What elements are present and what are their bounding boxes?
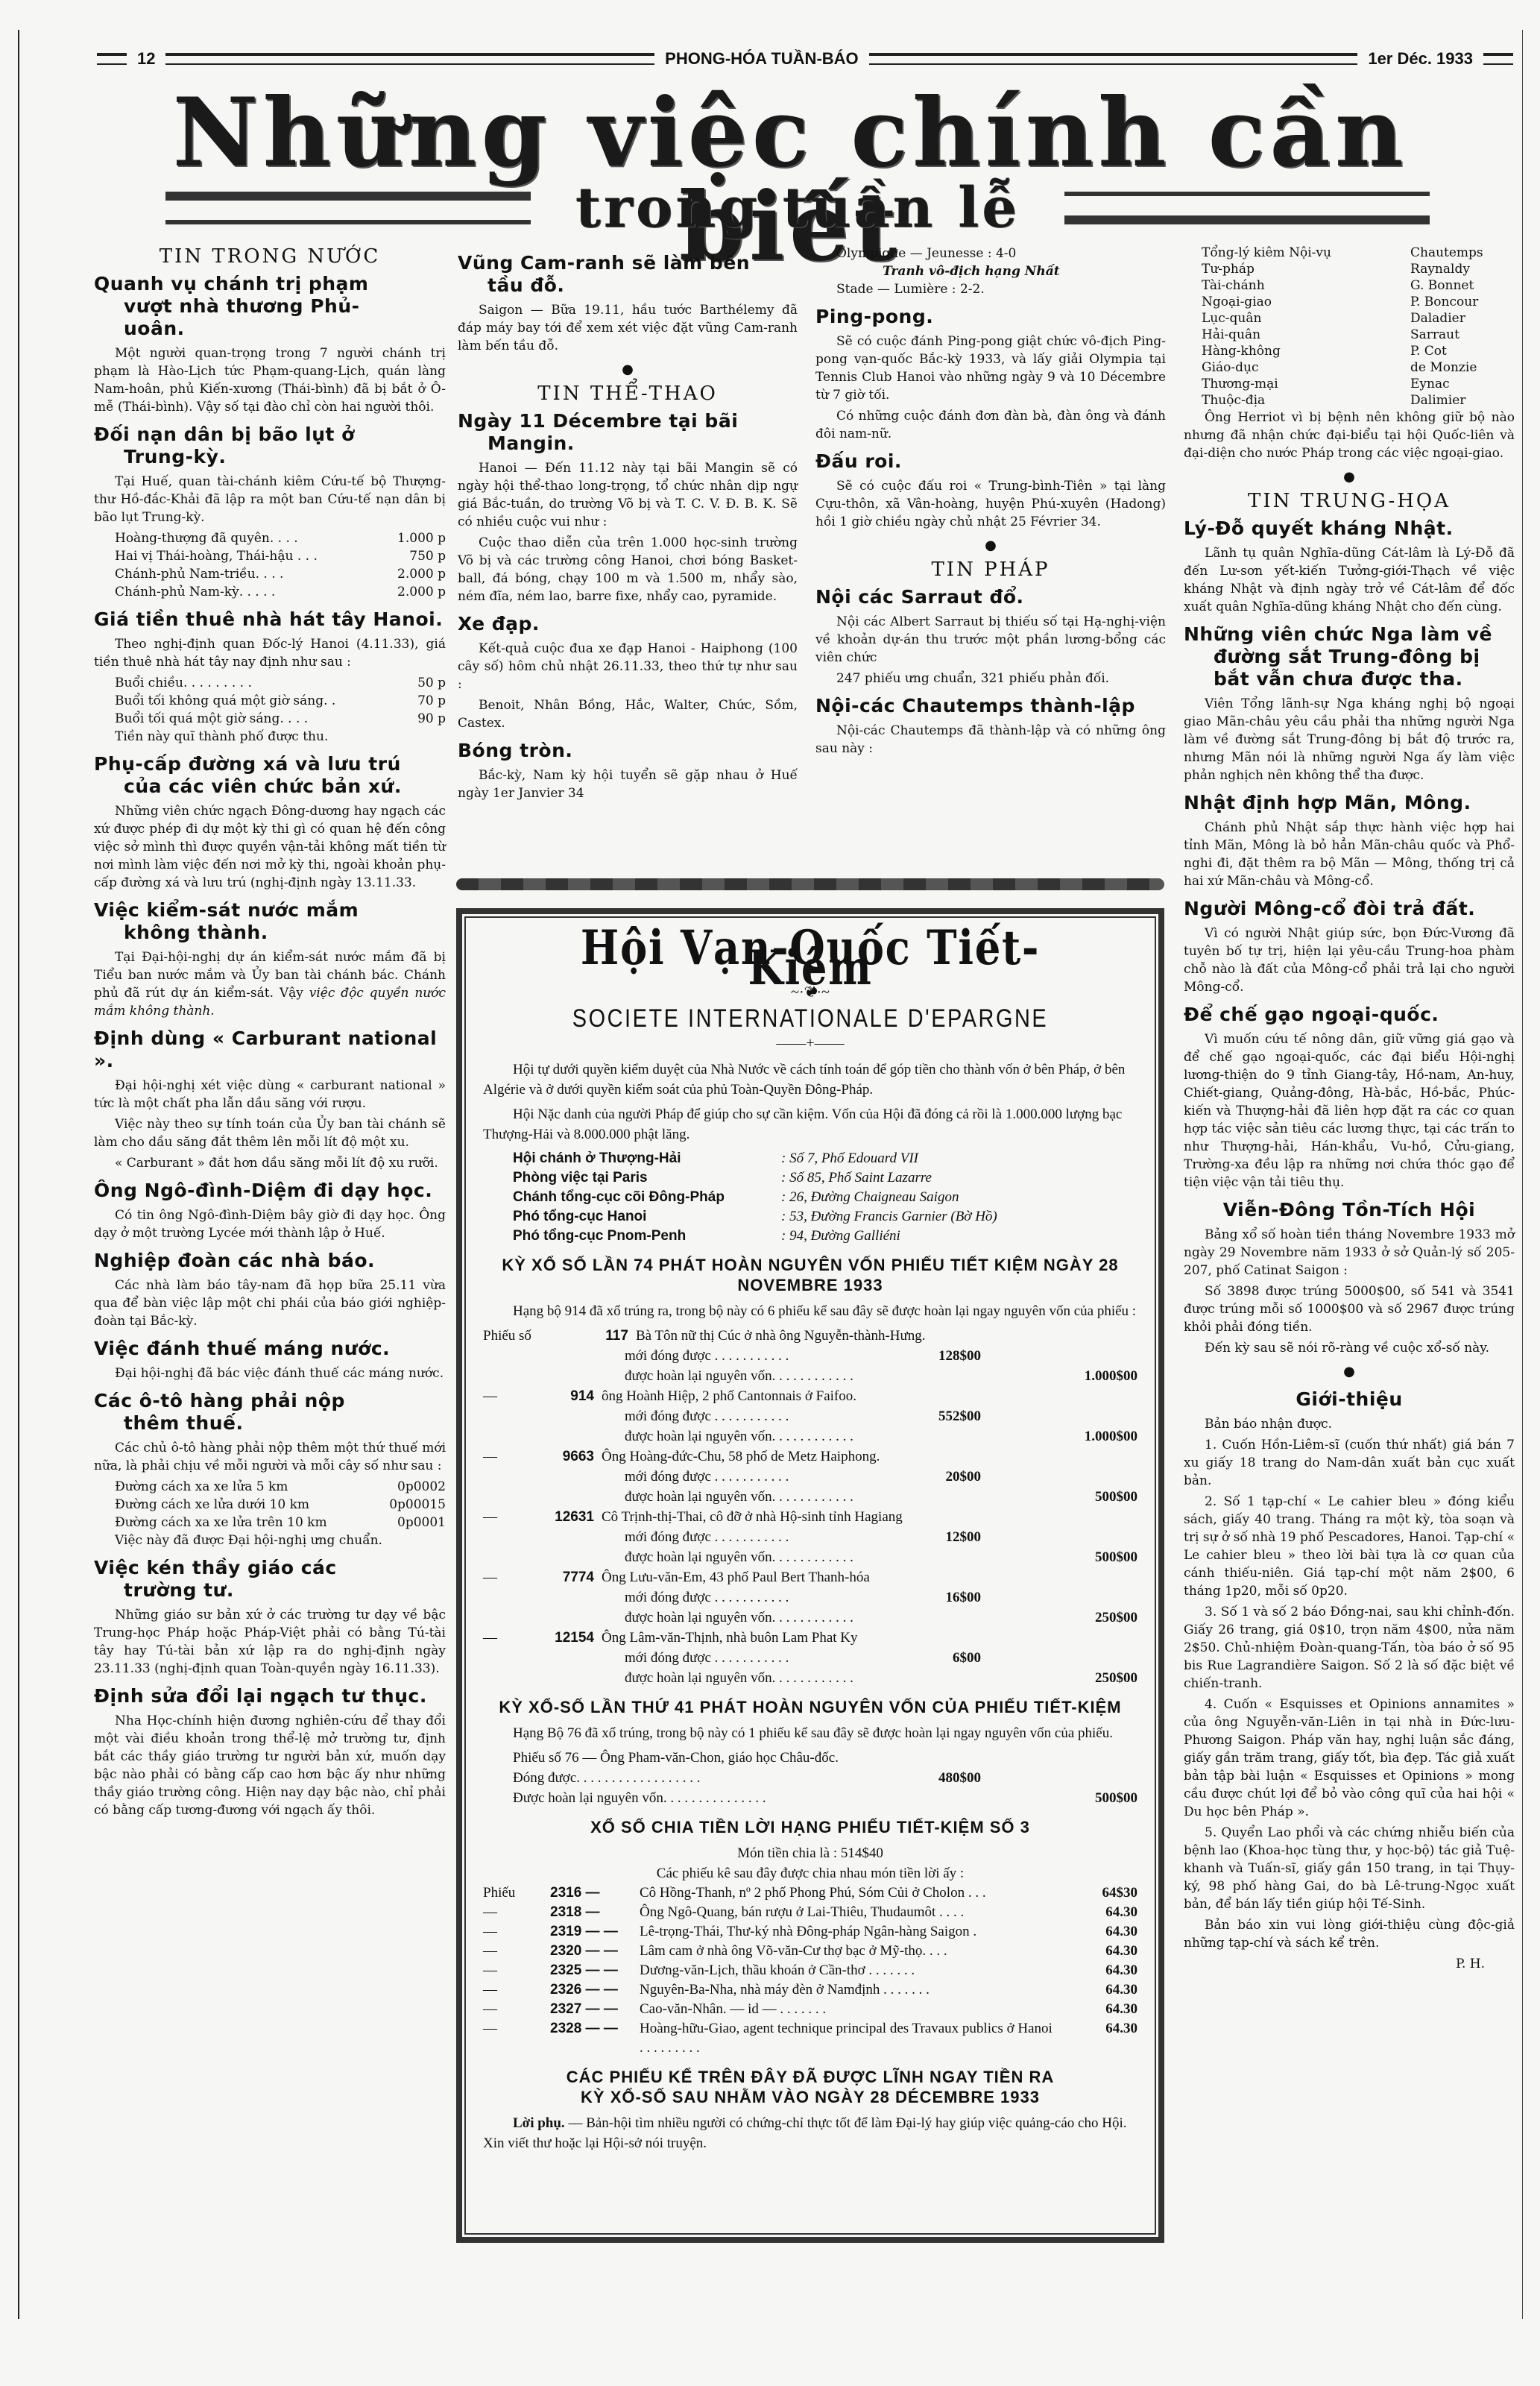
paid-label: mới đóng được . . . . . . . . . . .	[625, 1346, 869, 1366]
article-body: 2. Số 1 tạp-chí « Le cahier bleu » đóng …	[1184, 1493, 1515, 1600]
article-body: Ông Herriot vì bị bệnh nên không giữ bộ …	[1184, 409, 1515, 462]
row-label: Đường cách xa xe lửa 5 km	[115, 1478, 397, 1496]
cabinet-minister: G. Bonnet	[1410, 277, 1515, 294]
headline-line: Việc kén thầy giáo các	[94, 1557, 337, 1578]
row-label: Buổi tối quá một giờ sáng. . . .	[115, 710, 417, 728]
paid-row: Đóng được. . . . . . . . . . . . . . . .…	[483, 1768, 1137, 1788]
article-body: Hanoi — Đến 11.12 này tại bãi Mangin sẽ …	[458, 459, 798, 531]
address-label: Phó tổng-cục Hanoi	[513, 1207, 781, 1227]
donation-row: Hai vị Thái-hoàng, Thái-hậu . . .750 p	[94, 547, 446, 565]
note-label: Lời phụ.	[513, 2115, 565, 2131]
share-number: 2326 — —	[550, 1980, 640, 2000]
draw-heading: KỲ XỔ-SỐ LẦN THỨ 41 PHÁT HOÀN NGUYÊN VỐN…	[483, 1697, 1137, 1717]
share-amount: 64.30	[1055, 1980, 1137, 2000]
article-body: Viên Tổng lãnh-sự Nga kháng nghị bộ ngoạ…	[1184, 695, 1515, 784]
tax-row: Đường cách xa xe lửa 5 km0p0002	[94, 1478, 446, 1496]
article-headline: Xe đạp.	[458, 613, 798, 635]
cabinet-minister: Eynac	[1410, 376, 1515, 392]
share-holder: Lê-trọng-Thái, Thư-ký nhà Đông-pháp Ngân…	[640, 1922, 1055, 1942]
cabinet-post: Tổng-lý kiêm Nội-vụ	[1202, 245, 1410, 261]
refund-amount: 500$00	[1026, 1788, 1137, 1808]
paid-amount: 20$00	[869, 1467, 981, 1487]
refund-amount: 1.000$00	[1026, 1426, 1137, 1447]
row-value: 2.000 p	[397, 565, 446, 583]
refund-label: được hoàn lại nguyên vốn. . . . . . . . …	[625, 1487, 1026, 1507]
article-headline: Đấu roi.	[815, 450, 1166, 473]
refund-label: Được hoàn lại nguyên vốn. . . . . . . . …	[513, 1788, 1026, 1808]
profit-intro: Các phiếu kê sau đây được chia nhau món …	[483, 1863, 1137, 1883]
article-body: Bảng xổ số hoàn tiền tháng Novembre 1933…	[1184, 1226, 1515, 1279]
article-headline: Viễn-Đông Tồn-Tích Hội	[1184, 1199, 1515, 1221]
share-number: 2327 — —	[550, 2000, 640, 2019]
address-value: : 94, Đường Galliéni	[781, 1227, 1137, 1246]
article-body: Nha Học-chính hiện đương nghiên-cứu để t…	[94, 1712, 446, 1819]
article-body: Tại Đại-hội-nghị dự án kiểm-sát nước mắm…	[94, 948, 446, 1020]
address-list: Hội chánh ở Thượng-Hải: Số 7, Phố Edouar…	[483, 1149, 1137, 1246]
row-label: Hoàng-thượng đã quyên. . . .	[115, 529, 397, 547]
price-row: Buổi tối quá một giờ sáng. . . .90 p	[94, 710, 446, 728]
cabinet-minister: Dalimier	[1410, 392, 1515, 409]
article-body: Các chủ ô-tô hàng phải nộp thêm một thứ …	[94, 1439, 446, 1475]
cabinet-minister: Chautemps	[1410, 245, 1515, 261]
column-2: Vũng Cam-ranh sẽ làm bếntầu đỗ. Saigon —…	[458, 245, 798, 805]
headline-line: Đối nạn dân bị bão lụt ở	[94, 424, 355, 445]
article-headline: Nhật định hợp Mãn, Mông.	[1184, 792, 1515, 814]
masthead-rule	[1483, 53, 1513, 65]
ticket-prefix: —	[483, 1447, 497, 1467]
divider-ornament-icon: ——+——	[483, 1033, 1137, 1054]
share-prefix: —	[483, 1961, 550, 1980]
share-amount: 64.30	[1055, 1942, 1137, 1961]
headline-line: trường tư.	[94, 1579, 446, 1602]
column-4: Tổng-lý kiêm Nội-vụChautemps Tư-phápRayn…	[1184, 245, 1515, 1973]
article-body: « Carburant » đắt hơn dầu săng mỗi lít đ…	[94, 1154, 446, 1172]
publication-name: PHONG-HÓA TUẦN-BÁO	[665, 49, 859, 69]
article-body: Kết-quả cuộc đua xe đạp Hanoi - Haiphong…	[458, 640, 798, 693]
refund-label: được hoàn lại nguyên vốn. . . . . . . . …	[625, 1547, 1026, 1567]
section-heading: TIN PHÁP	[815, 561, 1166, 579]
article-body: Theo nghị-định quan Đốc-lý Hanoi (4.11.3…	[94, 635, 446, 671]
bullet-ornament-icon: ●	[815, 537, 1166, 555]
section-heading: TIN THỂ-THAO	[458, 385, 798, 403]
article-body: Benoit, Nhân Bồng, Hắc, Walter, Chức, Sồ…	[458, 696, 798, 732]
refund-amount: 500$00	[1026, 1547, 1137, 1567]
ad-footer-line: KỲ XỔ-SỐ SAU NHẰM VÀO NGÀY 28 DÉCEMBRE 1…	[483, 2087, 1137, 2107]
masthead-rule	[165, 53, 654, 65]
ticket-holder: Ông Hoàng-đức-Chu, 58 phố de Metz Haipho…	[602, 1447, 880, 1467]
article-body: 4. Cuốn « Esquisses et Opinions annamite…	[1184, 1696, 1515, 1821]
row-value: 750 p	[409, 547, 446, 565]
article-body: Bản báo xin vui lòng giới-thiệu cùng độc…	[1184, 1916, 1515, 1952]
row-label: Chánh-phủ Nam-triều. . . .	[115, 565, 397, 583]
article-body: 1. Cuốn Hồn-Liêm-sĩ (cuốn thứ nhất) giá …	[1184, 1436, 1515, 1490]
article-headline: Nội-các Chautemps thành-lập	[815, 695, 1166, 717]
masthead: 12 PHONG-HÓA TUẦN-BÁO 1er Déc. 1933	[97, 48, 1513, 70]
score-line: Olympique — Jeunesse : 4-0	[815, 245, 1166, 262]
address-label: Chánh tổng-cục cõi Đông-Pháp	[513, 1188, 781, 1207]
section-heading: TIN TRUNG-HỌA	[1184, 492, 1515, 510]
ad-footer-line: CÁC PHIẾU KỂ TRÊN ĐÂY ĐÃ ĐƯỢC LĨNH NGAY …	[483, 2067, 1137, 2087]
donation-row: Chánh-phủ Nam-triều. . . .2.000 p	[94, 565, 446, 583]
share-number: 2319 — —	[550, 1922, 640, 1942]
article-body: Bắc-kỳ, Nam kỳ hội tuyển sẽ gặp nhau ở H…	[458, 767, 798, 802]
share-holder: Cô Hồng-Thanh, nº 2 phố Phong Phú, Sóm C…	[640, 1883, 1055, 1903]
ad-note: Lời phụ. — Bản-hội tìm nhiều người có ch…	[483, 2113, 1137, 2153]
headline-line: Mangin.	[458, 432, 798, 455]
article-headline: Ping-pong.	[815, 306, 1166, 328]
address-value: : 53, Đường Francis Garnier (Bờ Hồ)	[781, 1207, 1137, 1227]
headline-line: Vũng Cam-ranh sẽ làm bến	[458, 252, 750, 274]
article-body: Saigon — Bữa 19.11, hầu tước Barthélemy …	[458, 301, 798, 355]
share-prefix: Phiếu	[483, 1883, 550, 1903]
column-3: Olympique — Jeunesse : 4-0 Tranh vô-địch…	[815, 245, 1166, 761]
page-number: 12	[137, 49, 155, 69]
address-value: : Số 7, Phố Edouard VII	[781, 1149, 1137, 1168]
ticket-holder: Bà Tôn nữ thị Cúc ở nhà ông Nguyễn-thành…	[636, 1326, 926, 1346]
cabinet-post: Thuộc-địa	[1202, 392, 1410, 409]
share-holder: Dương-văn-Lịch, thầu khoán ở Cần-thơ . .…	[640, 1961, 1055, 1980]
headline-line: uoân.	[94, 318, 446, 340]
paid-amount: 552$00	[869, 1406, 981, 1426]
address-label: Phòng việc tại Paris	[513, 1168, 781, 1188]
row-value: 2.000 p	[397, 583, 446, 601]
ticket-holder: Cô Trịnh-thị-Thai, cô đỡ ở nhà Hộ-sinh t…	[602, 1507, 903, 1527]
refund-label: được hoàn lại nguyên vốn. . . . . . . . …	[625, 1608, 1026, 1628]
article-body: Chánh phủ Nhật sắp thực hành việc hợp ha…	[1184, 819, 1515, 890]
article-headline: Nghiệp đoàn các nhà báo.	[94, 1250, 446, 1272]
share-prefix: —	[483, 1980, 550, 2000]
decorative-bar	[165, 192, 531, 224]
wavy-rule	[456, 878, 1164, 890]
ad-subtitle: SOCIETE INTERNATIONALE D'EPARGNE	[532, 1009, 1088, 1029]
ticket-holder: ông Hoành Hiệp, 2 phố Cantonnais ở Faifo…	[602, 1386, 856, 1406]
address-label: Hội chánh ở Thượng-Hải	[513, 1149, 781, 1168]
cabinet-minister: de Monzie	[1410, 359, 1515, 376]
article-body: Nội-các Chautemps đã thành-lập và có nhữ…	[815, 722, 1166, 758]
article-body: Lãnh tụ quân Nghĩa-dũng Cát-lâm là Lý-Đỗ…	[1184, 544, 1515, 616]
refund-row: Được hoàn lại nguyên vốn. . . . . . . . …	[483, 1788, 1137, 1808]
price-row: Buổi tối không quá một giờ sáng. .70 p	[94, 692, 446, 710]
signature: P. H.	[1184, 1955, 1515, 1973]
cabinet-minister: Raynaldy	[1410, 261, 1515, 277]
paid-label: mới đóng được . . . . . . . . . . .	[625, 1648, 869, 1668]
row-value: 0p0002	[397, 1478, 446, 1496]
paid-label: mới đóng được . . . . . . . . . . .	[625, 1527, 869, 1547]
share-amount: 64.30	[1055, 1961, 1137, 1980]
cabinet-minister: P. Boncour	[1410, 294, 1515, 310]
headline-line: Việc kiểm-sát nước mắm	[94, 899, 359, 921]
ad-body: Hội Nặc danh của người Pháp để giúp cho …	[483, 1104, 1137, 1145]
row-value: 70 p	[417, 692, 446, 710]
article-headline: Người Mông-cổ đòi trả đất.	[1184, 898, 1515, 920]
bullet-ornament-icon: ●	[1184, 468, 1515, 486]
refund-amount: 250$00	[1026, 1668, 1137, 1688]
article-headline: Ngày 11 Décembre tại bãiMangin.	[458, 410, 798, 455]
share-holder: Nguyên-Ba-Nha, nhà máy đèn ở Namđịnh . .…	[640, 1980, 1055, 2000]
row-label: Đường cách xa xe lửa trên 10 km	[115, 1514, 397, 1532]
ad-body: Hội tự dưới quyền kiểm duyệt của Nhà Nướ…	[483, 1060, 1137, 1100]
ticket-entry: —9663Ông Hoàng-đức-Chu, 58 phố de Metz H…	[483, 1447, 1137, 1507]
article-headline: Định sửa đổi lại ngạch tư thục.	[94, 1685, 446, 1707]
cabinet-post: Thương-mại	[1202, 376, 1410, 392]
ticket-prefix: Phiếu số	[483, 1326, 531, 1346]
article-body: Vì có người Nhật giúp sức, bọn Đức-Vương…	[1184, 925, 1515, 996]
ticket-list: Phiếu số117Bà Tôn nữ thị Cúc ở nhà ông N…	[483, 1326, 1137, 1688]
share-amount: 64.30	[1055, 2019, 1137, 2058]
cabinet-post: Tư-pháp	[1202, 261, 1410, 277]
article-headline: Quanh vụ chánh trị phạmvượt nhà thương P…	[94, 273, 446, 340]
article-headline: Những viên chức Nga làm vềđường sắt Trun…	[1184, 623, 1515, 690]
paid-label: mới đóng được . . . . . . . . . . .	[625, 1406, 869, 1426]
article-headline: Định dùng « Carburant national ».	[94, 1027, 446, 1072]
ticket-holder: Ông Lâm-văn-Thịnh, nhà buôn Lam Phat Ky	[602, 1628, 858, 1648]
refund-amount: 1.000$00	[1026, 1366, 1137, 1386]
ad-body: Hạng bộ 914 đã xổ trúng ra, trong bộ này…	[483, 1301, 1137, 1321]
ticket-entry: —12631Cô Trịnh-thị-Thai, cô đỡ ở nhà Hộ-…	[483, 1507, 1137, 1567]
article-headline: Việc kiểm-sát nước mắmkhông thành.	[94, 899, 446, 944]
cabinet-list: Tổng-lý kiêm Nội-vụChautemps Tư-phápRayn…	[1184, 245, 1515, 409]
paid-amount: 12$00	[869, 1527, 981, 1547]
cabinet-post: Tài-chánh	[1202, 277, 1410, 294]
cabinet-post: Giáo-dục	[1202, 359, 1410, 376]
bullet-ornament-icon: ●	[458, 361, 798, 379]
article-headline: Đối nạn dân bị bão lụt ởTrung-kỳ.	[94, 424, 446, 468]
article-headline: Nội các Sarraut đổ.	[815, 586, 1166, 608]
article-headline: Lý-Đỗ quyết kháng Nhật.	[1184, 517, 1515, 540]
share-prefix: —	[483, 2000, 550, 2019]
ticket-entry: —914ông Hoành Hiệp, 2 phố Cantonnais ở F…	[483, 1386, 1137, 1447]
cabinet-post: Ngoại-giao	[1202, 294, 1410, 310]
paid-amount: 128$00	[869, 1346, 981, 1366]
headline-line: của các viên chức bản xứ.	[94, 775, 446, 798]
article-body: Những viên chức ngạch Đông-dương hay ngạ…	[94, 802, 446, 892]
tax-row: Đường cách xa xe lửa trên 10 km0p0001	[94, 1514, 446, 1532]
score-line: Stade — Lumière : 2-2.	[815, 280, 1166, 298]
ticket-prefix: —	[483, 1386, 497, 1406]
share-amount: 64$30	[1055, 1883, 1137, 1903]
ticket-entry: Phiếu số117Bà Tôn nữ thị Cúc ở nhà ông N…	[483, 1326, 1137, 1386]
article-body: Vì muốn cứu tế nông dân, giữ vững giá gạ…	[1184, 1030, 1515, 1192]
ad-body: Hạng Bộ 76 đã xổ trúng, trong bộ này có …	[483, 1723, 1137, 1743]
issue-date: 1er Déc. 1933	[1368, 49, 1473, 69]
ticket-prefix: —	[483, 1507, 497, 1527]
column-1: TIN TRONG NƯỚC Quanh vụ chánh trị phạmvư…	[94, 245, 446, 1822]
draw-heading: XỔ SỐ CHIA TIỀN LỜI HẠNG PHIẾU TIẾT-KIỆM…	[483, 1817, 1137, 1837]
article-body: Một người quan-trọng trong 7 người chánh…	[94, 344, 446, 416]
share-prefix: —	[483, 2019, 550, 2058]
article-body: Đại hội-nghị đã bác việc đánh thuế các m…	[94, 1364, 446, 1382]
ticket-number: 12154	[505, 1628, 594, 1648]
row-label: Hai vị Thái-hoàng, Thái-hậu . . .	[115, 547, 409, 565]
article-body: Có tin ông Ngô-đình-Diệm bây giờ đi dạy …	[94, 1206, 446, 1242]
note-text: — Bản-hội tìm nhiều người có chứng-chỉ t…	[483, 2115, 1126, 2151]
article-body: 247 phiếu ưng chuẩn, 321 phiếu phản đối.	[815, 670, 1166, 687]
decorative-bar	[1064, 192, 1430, 224]
donation-row: Chánh-phủ Nam-kỳ. . . . .2.000 p	[94, 583, 446, 601]
profit-amount: Món tiền chia là : 514$40	[483, 1843, 1137, 1863]
ticket-holder: Ông Lưu-văn-Em, 43 phố Paul Bert Thanh-h…	[602, 1567, 870, 1587]
article-body: Có những cuộc đánh đơn đàn bà, đàn ông v…	[815, 407, 1166, 443]
ticket-number: 117	[539, 1326, 628, 1346]
headline-line: Ngày 11 Décembre tại bãi	[458, 410, 738, 432]
headline-line: Các ô-tô hàng phải nộp	[94, 1390, 345, 1411]
article-headline: Phụ-cấp đường xá và lưu trúcủa các viên …	[94, 753, 446, 798]
cabinet-minister: P. Cot	[1410, 343, 1515, 359]
paid-label: Đóng được. . . . . . . . . . . . . . . .…	[513, 1768, 869, 1788]
headline-line: thêm thuế.	[94, 1412, 446, 1435]
article-body: 3. Số 1 và số 2 báo Đồng-nai, sau khi ch…	[1184, 1603, 1515, 1693]
article-body: Việc này theo sự tính toán của Ủy ban tà…	[94, 1115, 446, 1151]
row-value: 1.000 p	[397, 529, 446, 547]
headline-line: tầu đỗ.	[458, 274, 798, 297]
paid-label: mới đóng được . . . . . . . . . . .	[625, 1587, 869, 1608]
row-label: Chánh-phủ Nam-kỳ. . . . .	[115, 583, 397, 601]
ticket-entry: —7774Ông Lưu-văn-Em, 43 phố Paul Bert Th…	[483, 1567, 1137, 1628]
tax-row: Đường cách xe lửa dưới 10 km0p00015	[94, 1496, 446, 1514]
headline-line: Phụ-cấp đường xá và lưu trú	[94, 753, 401, 775]
ticket-holder: Phiếu số 76 — Ông Pham-văn-Chon, giáo họ…	[483, 1748, 1137, 1768]
share-holder: Lâm cam ở nhà ông Võ-văn-Cư thợ bạc ở Mỹ…	[640, 1942, 1055, 1961]
article-headline: Giá tiền thuê nhà hát tây Hanoi.	[94, 608, 446, 631]
paid-amount: 480$00	[869, 1768, 981, 1788]
article-body: Tại Huế, quan tài-chánh kiêm Cứu-tế bộ T…	[94, 473, 446, 526]
address-label: Phó tổng-cục Pnom-Penh	[513, 1227, 781, 1246]
article-headline: Việc kén thầy giáo cáctrường tư.	[94, 1557, 446, 1602]
article-headline: Các ô-tô hàng phải nộpthêm thuế.	[94, 1390, 446, 1435]
share-prefix: —	[483, 1942, 550, 1961]
share-number: 2316 —	[550, 1883, 640, 1903]
article-headline: Bóng tròn.	[458, 740, 798, 762]
headline-line: Những viên chức Nga làm về	[1184, 623, 1492, 645]
price-row: Buổi chiều. . . . . . . . .50 p	[94, 674, 446, 692]
refund-amount: 500$00	[1026, 1487, 1137, 1507]
draw-heading: KỲ XỔ SỐ LẦN 74 PHÁT HOÀN NGUYÊN VỐN PHI…	[483, 1255, 1137, 1295]
article-headline: Việc đánh thuế máng nước.	[94, 1338, 446, 1360]
article-body: Những giáo sư bản xứ ở các trường tư dạy…	[94, 1606, 446, 1678]
donation-row: Hoàng-thượng đã quyên. . . .1.000 p	[94, 529, 446, 547]
subtitle-row: trong tuần lễ	[142, 182, 1454, 234]
share-prefix: —	[483, 1922, 550, 1942]
article-body: Đến kỳ sau sẽ nói rõ-ràng về cuộc xổ-số …	[1184, 1339, 1515, 1357]
article-body: Tiền này quĩ thành phố được thu.	[94, 728, 446, 746]
row-label: Đường cách xe lửa dưới 10 km	[115, 1496, 389, 1514]
bullet-ornament-icon: ●	[1184, 1363, 1515, 1381]
score-heading: Tranh vô-địch hạng Nhất	[815, 262, 1166, 280]
profit-share-list: Phiếu2316 —Cô Hồng-Thanh, nº 2 phố Phong…	[483, 1883, 1137, 2058]
share-holder: Ông Ngô-Quang, bán rượu ở Lai-Thiêu, Thu…	[640, 1903, 1055, 1922]
article-body: Việc này đã được Đại hội-nghị ưng chuẩn.	[94, 1532, 446, 1549]
article-headline: Giới-thiệu	[1184, 1388, 1515, 1411]
refund-label: được hoàn lại nguyên vốn. . . . . . . . …	[625, 1366, 1026, 1386]
row-value: 0p0001	[397, 1514, 446, 1532]
section-heading: TIN TRONG NƯỚC	[94, 248, 446, 265]
article-body: Bản báo nhận được.	[1184, 1415, 1515, 1433]
article-headline: Vũng Cam-ranh sẽ làm bếntầu đỗ.	[458, 252, 798, 297]
ticket-prefix: —	[483, 1567, 497, 1587]
share-number: 2325 — —	[550, 1961, 640, 1980]
cabinet-post: Hàng-không	[1202, 343, 1410, 359]
row-value: 50 p	[417, 674, 446, 692]
article-body: Đại hội-nghị xét việc dùng « carburant n…	[94, 1077, 446, 1112]
ticket-entry: —12154Ông Lâm-văn-Thịnh, nhà buôn Lam Ph…	[483, 1628, 1137, 1688]
share-prefix: —	[483, 1903, 550, 1922]
cabinet-minister: Sarraut	[1410, 327, 1515, 343]
masthead-rule	[97, 53, 127, 65]
ticket-number: 914	[505, 1386, 594, 1406]
headline-line: không thành.	[94, 922, 446, 944]
refund-label: được hoàn lại nguyên vốn. . . . . . . . …	[625, 1668, 1026, 1688]
headline-line: Trung-kỳ.	[94, 446, 446, 468]
article-headline: Ông Ngô-đình-Diệm đi dạy học.	[94, 1180, 446, 1202]
paid-amount: 6$00	[869, 1648, 981, 1668]
headline-line: Quanh vụ chánh trị phạm	[94, 273, 368, 295]
row-value: 90 p	[417, 710, 446, 728]
masthead-rule	[869, 53, 1358, 65]
row-label: Buổi chiều. . . . . . . . .	[115, 674, 417, 692]
ticket-number: 9663	[505, 1447, 594, 1467]
share-amount: 64.30	[1055, 1903, 1137, 1922]
article-body: Sẽ có cuộc đánh Ping-pong giật chức vô-đ…	[815, 333, 1166, 404]
refund-label: được hoàn lại nguyên vốn. . . . . . . . …	[625, 1426, 1026, 1447]
share-holder: Cao-văn-Nhân. — id — . . . . . . .	[640, 2000, 1055, 2019]
ticket-number: 12631	[505, 1507, 594, 1527]
share-number: 2318 —	[550, 1903, 640, 1922]
ticket-number: 7774	[505, 1567, 594, 1587]
share-number: 2320 — —	[550, 1942, 640, 1961]
headline-line: đường sắt Trung-đông bị	[1184, 646, 1515, 668]
article-body: Nội các Albert Sarraut bị thiếu số tại H…	[815, 613, 1166, 667]
paid-label: mới đóng được . . . . . . . . . . .	[625, 1467, 869, 1487]
cabinet-post: Lục-quân	[1202, 310, 1410, 327]
share-amount: 64.30	[1055, 2000, 1137, 2019]
article-headline: Để chế gạo ngoại-quốc.	[1184, 1004, 1515, 1026]
share-number: 2328 — —	[550, 2019, 640, 2058]
address-value: : Số 85, Phố Saint Lazarre	[781, 1168, 1137, 1188]
cabinet-post: Hải-quân	[1202, 327, 1410, 343]
page-subtitle: trong tuần lễ	[575, 176, 1020, 240]
ticket-prefix: —	[483, 1628, 497, 1648]
paid-amount: 16$00	[869, 1587, 981, 1608]
article-body: Số 3898 được trúng 5000$00, số 541 và 35…	[1184, 1282, 1515, 1336]
article-body: Sẽ có cuộc đấu roi « Trung-bình-Tiên » t…	[815, 477, 1166, 531]
article-body: 5. Quyển Lao phổi và các chứng nhiễu biế…	[1184, 1824, 1515, 1913]
article-body: Cuộc thao diễn của trên 1.000 học-sinh t…	[458, 534, 798, 605]
row-value: 0p00015	[389, 1496, 446, 1514]
headline-line: vượt nhà thương Phủ-	[94, 295, 446, 318]
advertisement-box: Hội Vạn-Quốc Tiết-Kiệm ~·❦·~ SOCIETE INT…	[456, 908, 1164, 2243]
headline-line: bắt vẫn chưa được tha.	[1184, 668, 1515, 690]
address-value: : 26, Đường Chaigneau Saigon	[781, 1188, 1137, 1207]
refund-amount: 250$00	[1026, 1608, 1137, 1628]
article-body: Các nhà làm báo tây-nam đã họp bữa 25.11…	[94, 1277, 446, 1330]
share-amount: 64.30	[1055, 1922, 1137, 1942]
row-label: Buổi tối không quá một giờ sáng. .	[115, 692, 417, 710]
ad-title: Hội Vạn-Quốc Tiết-Kiệm	[532, 938, 1088, 978]
share-holder: Hoàng-hữu-Giao, agent technique principa…	[640, 2019, 1055, 2058]
cabinet-minister: Daladier	[1410, 310, 1515, 327]
